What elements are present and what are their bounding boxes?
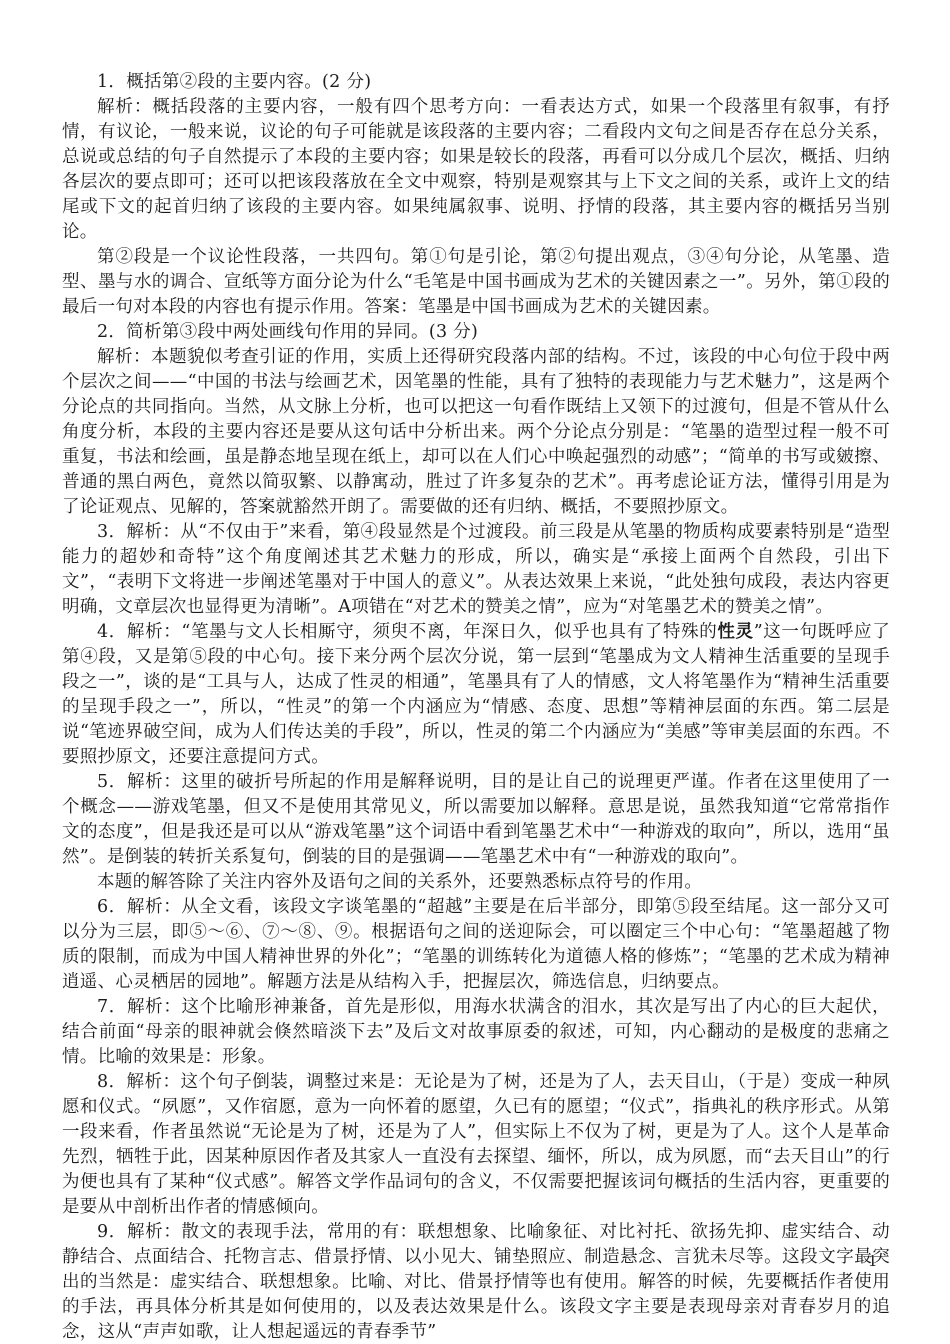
analysis-5-note-paragraph: 本题的解答除了关注内容外及语句之间的关系外，还要熟悉标点符号的作用。 <box>62 870 890 895</box>
analysis-7-paragraph: 7．解析：这个比喻形神兼备，首先是形似，用海水状满含的泪水，其次是写出了内心的巨… <box>62 995 890 1070</box>
document-body: 1．概括第②段的主要内容。(2 分) 解析：概括段落的主要内容，一般有四个思考方… <box>62 70 890 1344</box>
analysis-5-paragraph: 5．解析：这里的破折号所起的作用是解释说明，目的是让自己的说理更严谨。作者在这里… <box>62 770 890 870</box>
question-1-line: 1．概括第②段的主要内容。(2 分) <box>62 70 890 95</box>
analysis-9-paragraph: 9．解析：散文的表现手法，常用的有：联想想象、比喻象征、对比衬托、欲扬先抑、虚实… <box>62 1220 890 1344</box>
analysis-1-paragraph: 解析：概括段落的主要内容，一般有四个思考方向：一看表达方式，如果一个段落里有叙事… <box>62 95 890 245</box>
analysis-2-paragraph: 解析：本题貌似考查引证的作用，实质上还得研究段落内部的结构。不过，该段的中心句位… <box>62 345 890 520</box>
paragraph-text: ”这一句既呼应了第④段，又是第⑤段的中心句。接下来分两个层次分说，第一层到“笔墨… <box>62 622 890 767</box>
bold-term-xingling: 性灵 <box>717 622 753 642</box>
analysis-1-answer-paragraph: 第②段是一个议论性段落，一共四句。第①句是引论，第②句提出观点，③④句分论，从笔… <box>62 245 890 320</box>
analysis-3-paragraph: 3．解析：从“不仅由于”来看，第④段显然是个过渡段。前三段是从笔墨的物质构成要素… <box>62 520 890 620</box>
question-2-line: 2．简析第③段中两处画线句作用的异同。(3 分) <box>62 320 890 345</box>
paragraph-text: 4．解析：“笔墨与文人长相厮守，须臾不离，年深日久，似乎也具有了特殊的 <box>97 622 717 642</box>
document-page: 1．概括第②段的主要内容。(2 分) 解析：概括段落的主要内容，一般有四个思考方… <box>0 0 950 1344</box>
analysis-8-paragraph: 8．解析：这个句子倒装，调整过来是：无论是为了树，还是为了人，去天目山，（于是）… <box>62 1070 890 1220</box>
analysis-4-paragraph: 4．解析：“笔墨与文人长相厮守，须臾不离，年深日久，似乎也具有了特殊的性灵”这一… <box>62 620 890 770</box>
page-number: 1 <box>868 1252 878 1270</box>
analysis-6-paragraph: 6．解析：从全文看，该段文字谈笔墨的“超越”主要是在后半部分，即第⑤段至结尾。这… <box>62 895 890 995</box>
